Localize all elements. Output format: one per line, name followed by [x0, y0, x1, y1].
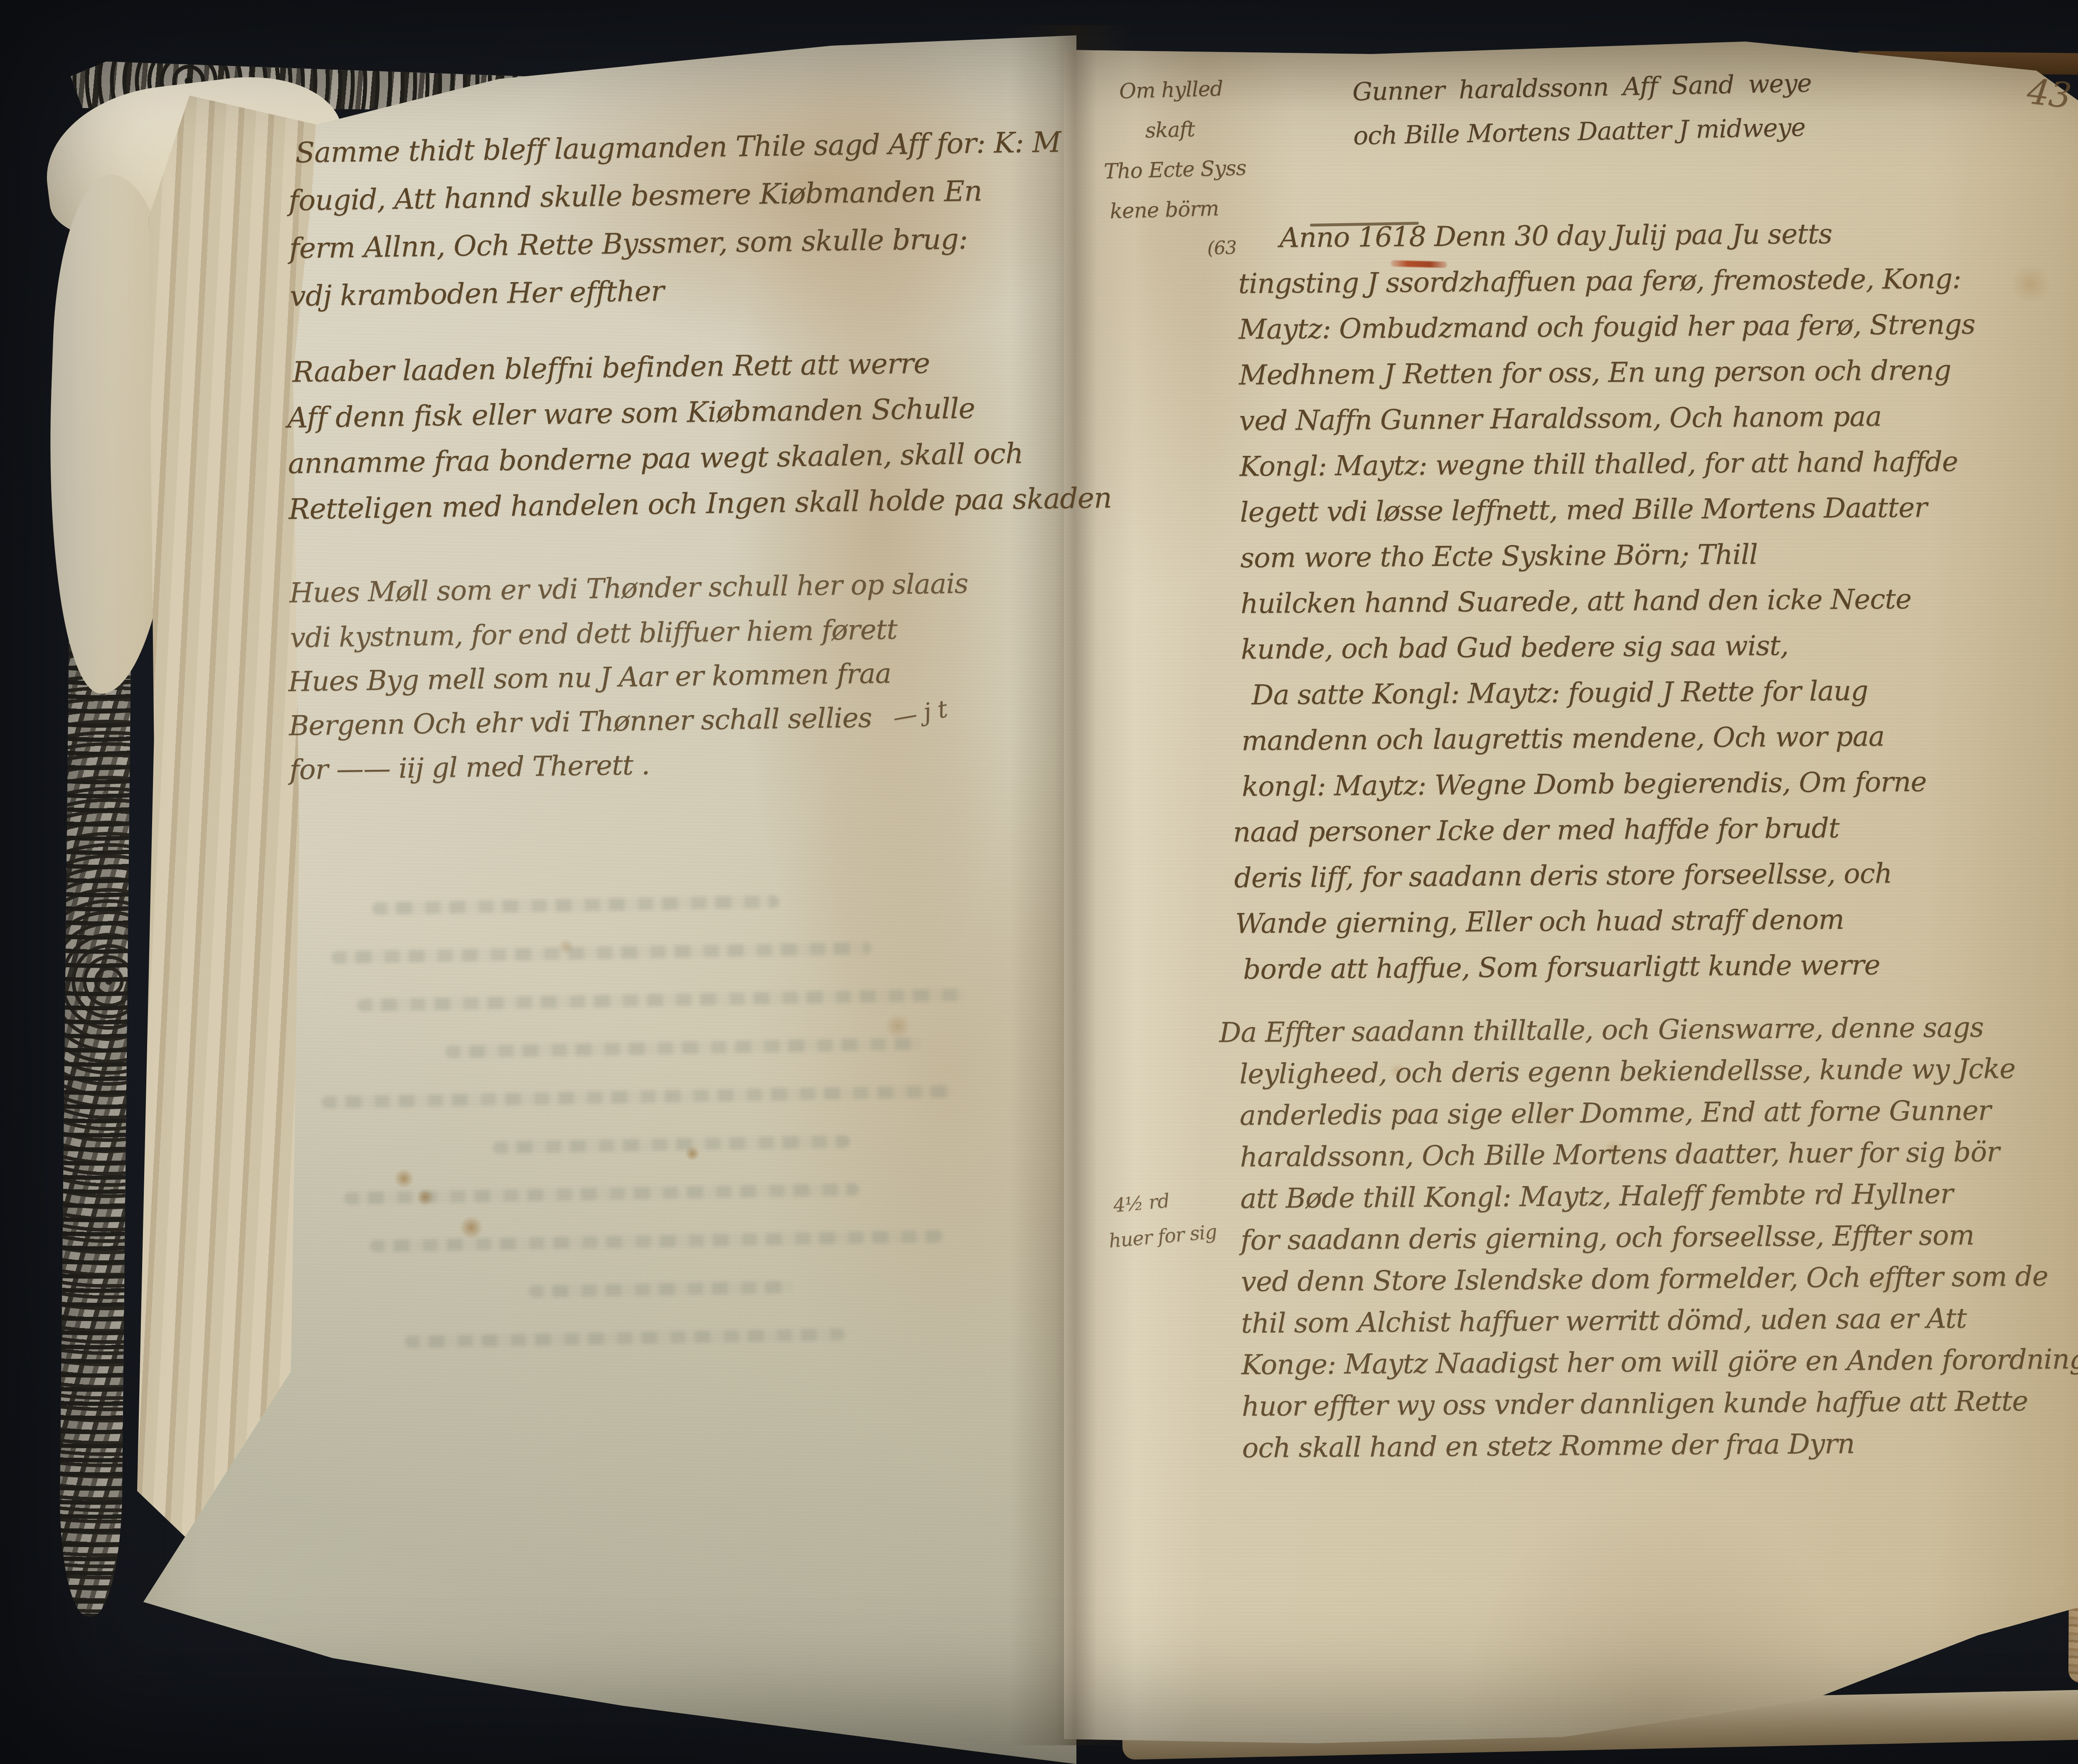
margin-note-line: Tho Ecte Syss	[1103, 148, 1247, 192]
ghost-bleed-line	[404, 1328, 845, 1348]
manuscript-line: tingsting J ssordzhaffuen paa ferø, frem…	[1238, 256, 1975, 307]
manuscript-line: att Bøde thill Kongl: Maytz, Haleff femb…	[1240, 1172, 2078, 1220]
manuscript-line: ved Naffn Gunner Haraldssom, Och hanom p…	[1239, 393, 1976, 444]
manuscript-line: Da Effter saadann thilltalle, och Giensw…	[1219, 1006, 2078, 1054]
fox-spot	[416, 1188, 434, 1206]
manuscript-line: mandenn och laugrettis mendene, Och wor …	[1241, 713, 1978, 764]
left-page-paragraph-4: Hues Byg mell som nu J Aar er kommen fra…	[288, 652, 893, 792]
manuscript-line: naad personer Icke der med haffde for br…	[1233, 805, 1979, 856]
margin-note-fine: 4½ rdhuer for sig	[1112, 1179, 1218, 1257]
manuscript-line: som wore tho Ecte Syskine Börn; Thill	[1240, 530, 1977, 581]
heading-line: och Bille Mortens Daatter J midweye	[1353, 105, 1813, 158]
manuscript-line: Bergenn Och ehr vdi Thønner schall selli…	[288, 696, 892, 748]
manuscript-line: Medhnem J Retten for oss, En ung person …	[1239, 347, 1976, 398]
manuscript-line: borde att haffue, Som forsuarligtt kunde…	[1243, 942, 1980, 992]
ghost-bleed-line	[369, 1230, 943, 1252]
heading-line: Gunner haraldssonn Aff Sand weye	[1352, 61, 1812, 114]
manuscript-line: huor effter wy oss vnder dannligen kunde…	[1241, 1380, 2078, 1427]
ghost-bleed-line	[492, 1135, 850, 1154]
right-page-paragraph-2: Da Effter saadann thilltalle, och Giensw…	[1239, 1006, 2078, 1469]
manuscript-line: for —— iij gl med Therett .	[289, 740, 893, 792]
fox-spot	[884, 1013, 911, 1040]
page-number: 43	[2025, 71, 2073, 116]
margin-note-line: kene börm	[1109, 188, 1248, 231]
manuscript-line: Konge: Maytz Naadigst her om will giöre …	[1241, 1338, 2078, 1386]
manuscript-line: Hues Byg mell som nu J Aar er kommen fra…	[288, 652, 891, 704]
left-page-paragraph-1: Samme thidt bleff laugmanden Thile sagd …	[288, 118, 1063, 320]
manuscript-line: leyligheed, och deris egenn bekiendellss…	[1239, 1048, 2078, 1095]
ghost-bleed-line	[445, 1038, 923, 1058]
manuscript-line: anderledis paa sige eller Domme, End att…	[1240, 1089, 2078, 1137]
manuscript-line: ved denn Store Islendske dom formelder, …	[1241, 1255, 2078, 1303]
manuscript-line: thil som Alchist haffuer werritt dömd, u…	[1241, 1297, 2078, 1344]
manuscript-line: kunde, och bad Gud bedere sig saa wist,	[1241, 622, 1977, 672]
ghost-bleed-line	[528, 1281, 794, 1298]
fox-spot	[685, 1146, 700, 1161]
manuscript-line: huilcken hannd Suarede, att hand den ick…	[1241, 576, 1977, 627]
fox-spot	[558, 938, 574, 955]
bleed-through-text	[305, 892, 995, 1385]
manuscript-line: Wande gierning, Eller och huad straff de…	[1235, 896, 1980, 947]
ghost-bleed-line	[357, 989, 964, 1011]
ghost-bleed-line	[331, 942, 872, 964]
right-page-paragraph-1: Anno 1618 Denn 30 day Julij paa Ju setts…	[1238, 210, 1980, 992]
fox-spot	[394, 1169, 414, 1188]
manuscript-line: haraldssonn, Och Bille Mortens daatter, …	[1240, 1131, 2078, 1178]
manuscript-line: deris liff, for saadann deris store fors…	[1234, 850, 1979, 901]
manuscript-line: legett vdi løsse leffnett, med Bille Mor…	[1240, 485, 1977, 535]
manuscript-line: Maytz: Ombudzmand och fougid her paa fer…	[1238, 302, 1975, 352]
manuscript-line: Anno 1618 Denn 30 day Julij paa Ju setts	[1279, 210, 1975, 261]
book-photo: Samme thidt bleff laugmanden Thile sagd …	[0, 0, 2078, 1764]
manuscript-line: kongl: Maytz: Wegne Domb begierendis, Om…	[1242, 759, 1979, 809]
manuscript-line: Da satte Kongl: Maytz: fougid J Rette fo…	[1251, 667, 1978, 718]
fox-spot	[460, 1216, 483, 1239]
margin-notes-top: Om hylledskaftTho Ecte Sysskene börm(63	[1104, 68, 1249, 271]
margin-note-line: Om hylled	[1119, 68, 1245, 111]
left-page-paragraph-3: Hues Møll som er vdi Thønder schull her …	[289, 561, 969, 661]
case-heading: Gunner haraldssonn Aff Sand weyeoch Bill…	[1352, 61, 1813, 158]
fox-spot	[2011, 264, 2051, 304]
manuscript-line: for saadann deris gierning, och forseell…	[1241, 1214, 2078, 1261]
margin-note-line: skaft	[1145, 108, 1246, 150]
manuscript-line: Kongl: Maytz: wegne thill thalled, for a…	[1239, 439, 1976, 490]
left-page-paragraph-2: Raaber laaden bleffni befinden Rett att …	[286, 338, 1112, 533]
manuscript-line: och skall hand en stetz Romme der fraa D…	[1242, 1422, 2078, 1469]
ghost-bleed-line	[321, 1085, 953, 1109]
